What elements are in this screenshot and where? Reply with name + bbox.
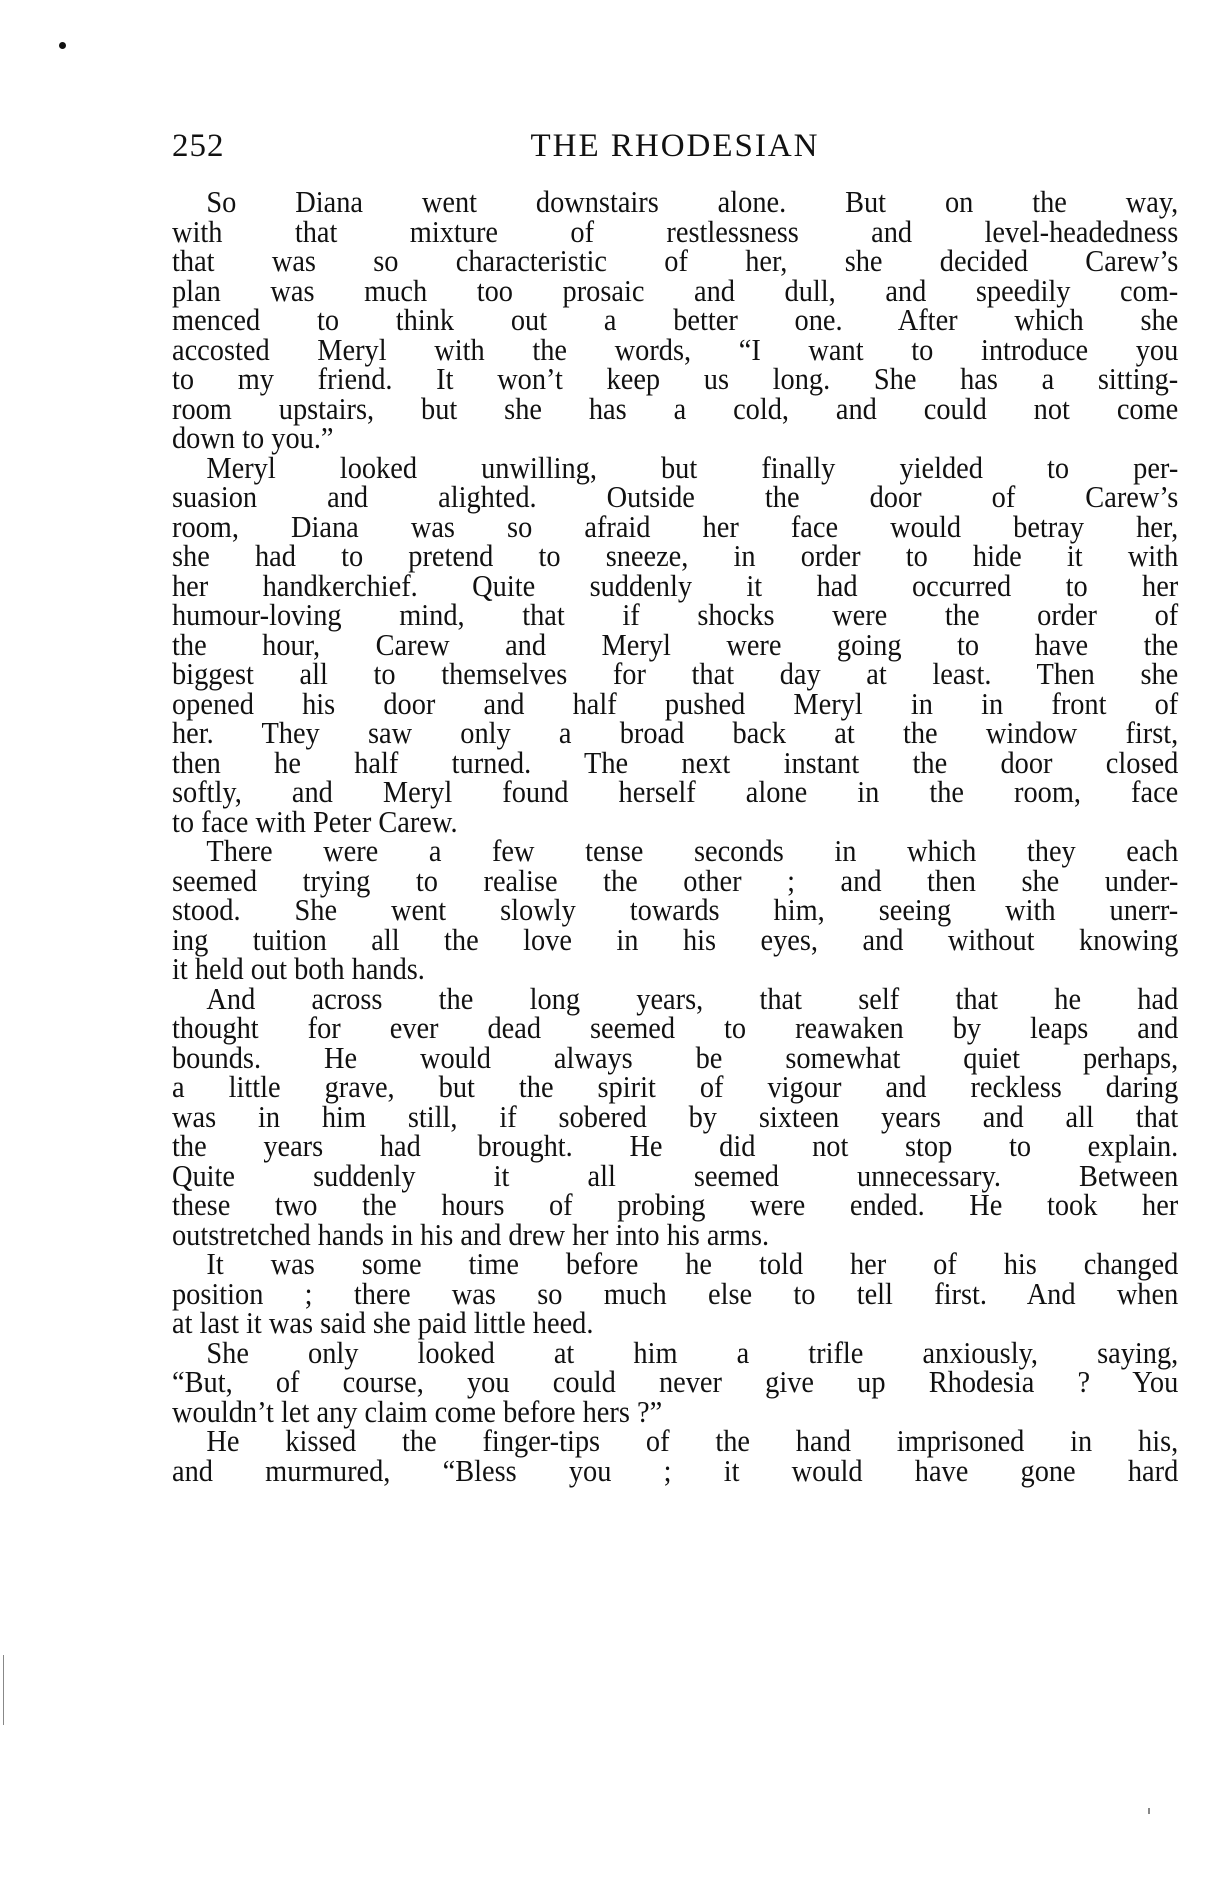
text-line: that was so characteristic of her, she d… [172, 247, 1178, 277]
text-line: softly, and Meryl found herself alone in… [172, 778, 1178, 808]
text-line: wouldn’t let any claim come before hers … [172, 1398, 1178, 1428]
scan-mark [1148, 1808, 1150, 1814]
text-line: position ; there was so much else to tel… [172, 1280, 1178, 1310]
text-line: suasion and alighted. Outside the door o… [172, 483, 1178, 513]
scan-speck [59, 42, 66, 49]
text-line: ing tuition all the love in his eyes, an… [172, 926, 1178, 956]
body-text: So Diana went downstairs alone. But on t… [172, 188, 1178, 1486]
text-line: at last it was said she paid little heed… [172, 1309, 1178, 1339]
text-line: biggest all to themselves for that day a… [172, 660, 1178, 690]
text-line: room upstairs, but she has a cold, and c… [172, 395, 1178, 425]
text-line: the years had brought. He did not stop t… [172, 1132, 1178, 1162]
text-line: He kissed the finger-tips of the hand im… [172, 1427, 1178, 1457]
text-line: bounds. He would always be somewhat quie… [172, 1044, 1178, 1074]
text-line: and murmured, “Bless you ; it would have… [172, 1457, 1178, 1487]
text-line: opened his door and half pushed Meryl in… [172, 690, 1178, 720]
text-line: she had to pretend to sneeze, in order t… [172, 542, 1178, 572]
text-line: her handkerchief. Quite suddenly it had … [172, 572, 1178, 602]
paragraph: And across the long years, that self tha… [172, 985, 1178, 1251]
paragraph: Meryl looked unwilling, but finally yiel… [172, 454, 1178, 838]
scan-mark [3, 1655, 4, 1725]
text-line: outstretched hands in his and drew her i… [172, 1221, 1178, 1251]
text-line: thought for ever dead seemed to reawaken… [172, 1014, 1178, 1044]
text-line: Quite suddenly it all seemed unnecessary… [172, 1162, 1178, 1192]
text-line: She only looked at him a trifle anxiousl… [172, 1339, 1178, 1369]
paragraph: He kissed the finger-tips of the hand im… [172, 1427, 1178, 1486]
text-line: a little grave, but the spirit of vigour… [172, 1073, 1178, 1103]
text-line: “But, of course, you could never give up… [172, 1368, 1178, 1398]
paragraph: There were a few tense seconds in which … [172, 837, 1178, 985]
text-line: So Diana went downstairs alone. But on t… [172, 188, 1178, 218]
text-line: It was some time before he told her of h… [172, 1250, 1178, 1280]
text-line: with that mixture of restlessness and le… [172, 218, 1178, 248]
text-line: the hour, Carew and Meryl were going to … [172, 631, 1178, 661]
text-line: to face with Peter Carew. [172, 808, 1178, 838]
text-line: menced to think out a better one. After … [172, 306, 1178, 336]
text-line: it held out both hands. [172, 955, 1178, 985]
text-line: then he half turned. The next instant th… [172, 749, 1178, 779]
text-line: humour-loving mind, that if shocks were … [172, 601, 1178, 631]
book-page: 252 THE RHODESIAN So Diana went downstai… [0, 0, 1232, 1892]
paragraph: She only looked at him a trifle anxiousl… [172, 1339, 1178, 1428]
text-line: stood. She went slowly towards him, seei… [172, 896, 1178, 926]
text-line: seemed trying to realise the other ; and… [172, 867, 1178, 897]
text-line: these two the hours of probing were ende… [172, 1191, 1178, 1221]
text-line: And across the long years, that self tha… [172, 985, 1178, 1015]
paragraph: It was some time before he told her of h… [172, 1250, 1178, 1339]
text-line: room, Diana was so afraid her face would… [172, 513, 1178, 543]
text-line: her. They saw only a broad back at the w… [172, 719, 1178, 749]
text-line: Meryl looked unwilling, but finally yiel… [172, 454, 1178, 484]
text-line: to my friend. It won’t keep us long. She… [172, 365, 1178, 395]
paragraph: So Diana went downstairs alone. But on t… [172, 188, 1178, 454]
running-header: 252 THE RHODESIAN [172, 128, 1178, 172]
text-line: was in him still, if sobered by sixteen … [172, 1103, 1178, 1133]
text-line: accosted Meryl with the words, “I want t… [172, 336, 1178, 366]
text-line: plan was much too prosaic and dull, and … [172, 277, 1178, 307]
text-line: There were a few tense seconds in which … [172, 837, 1178, 867]
running-title: THE RHODESIAN [172, 128, 1178, 165]
text-line: down to you.” [172, 424, 1178, 454]
